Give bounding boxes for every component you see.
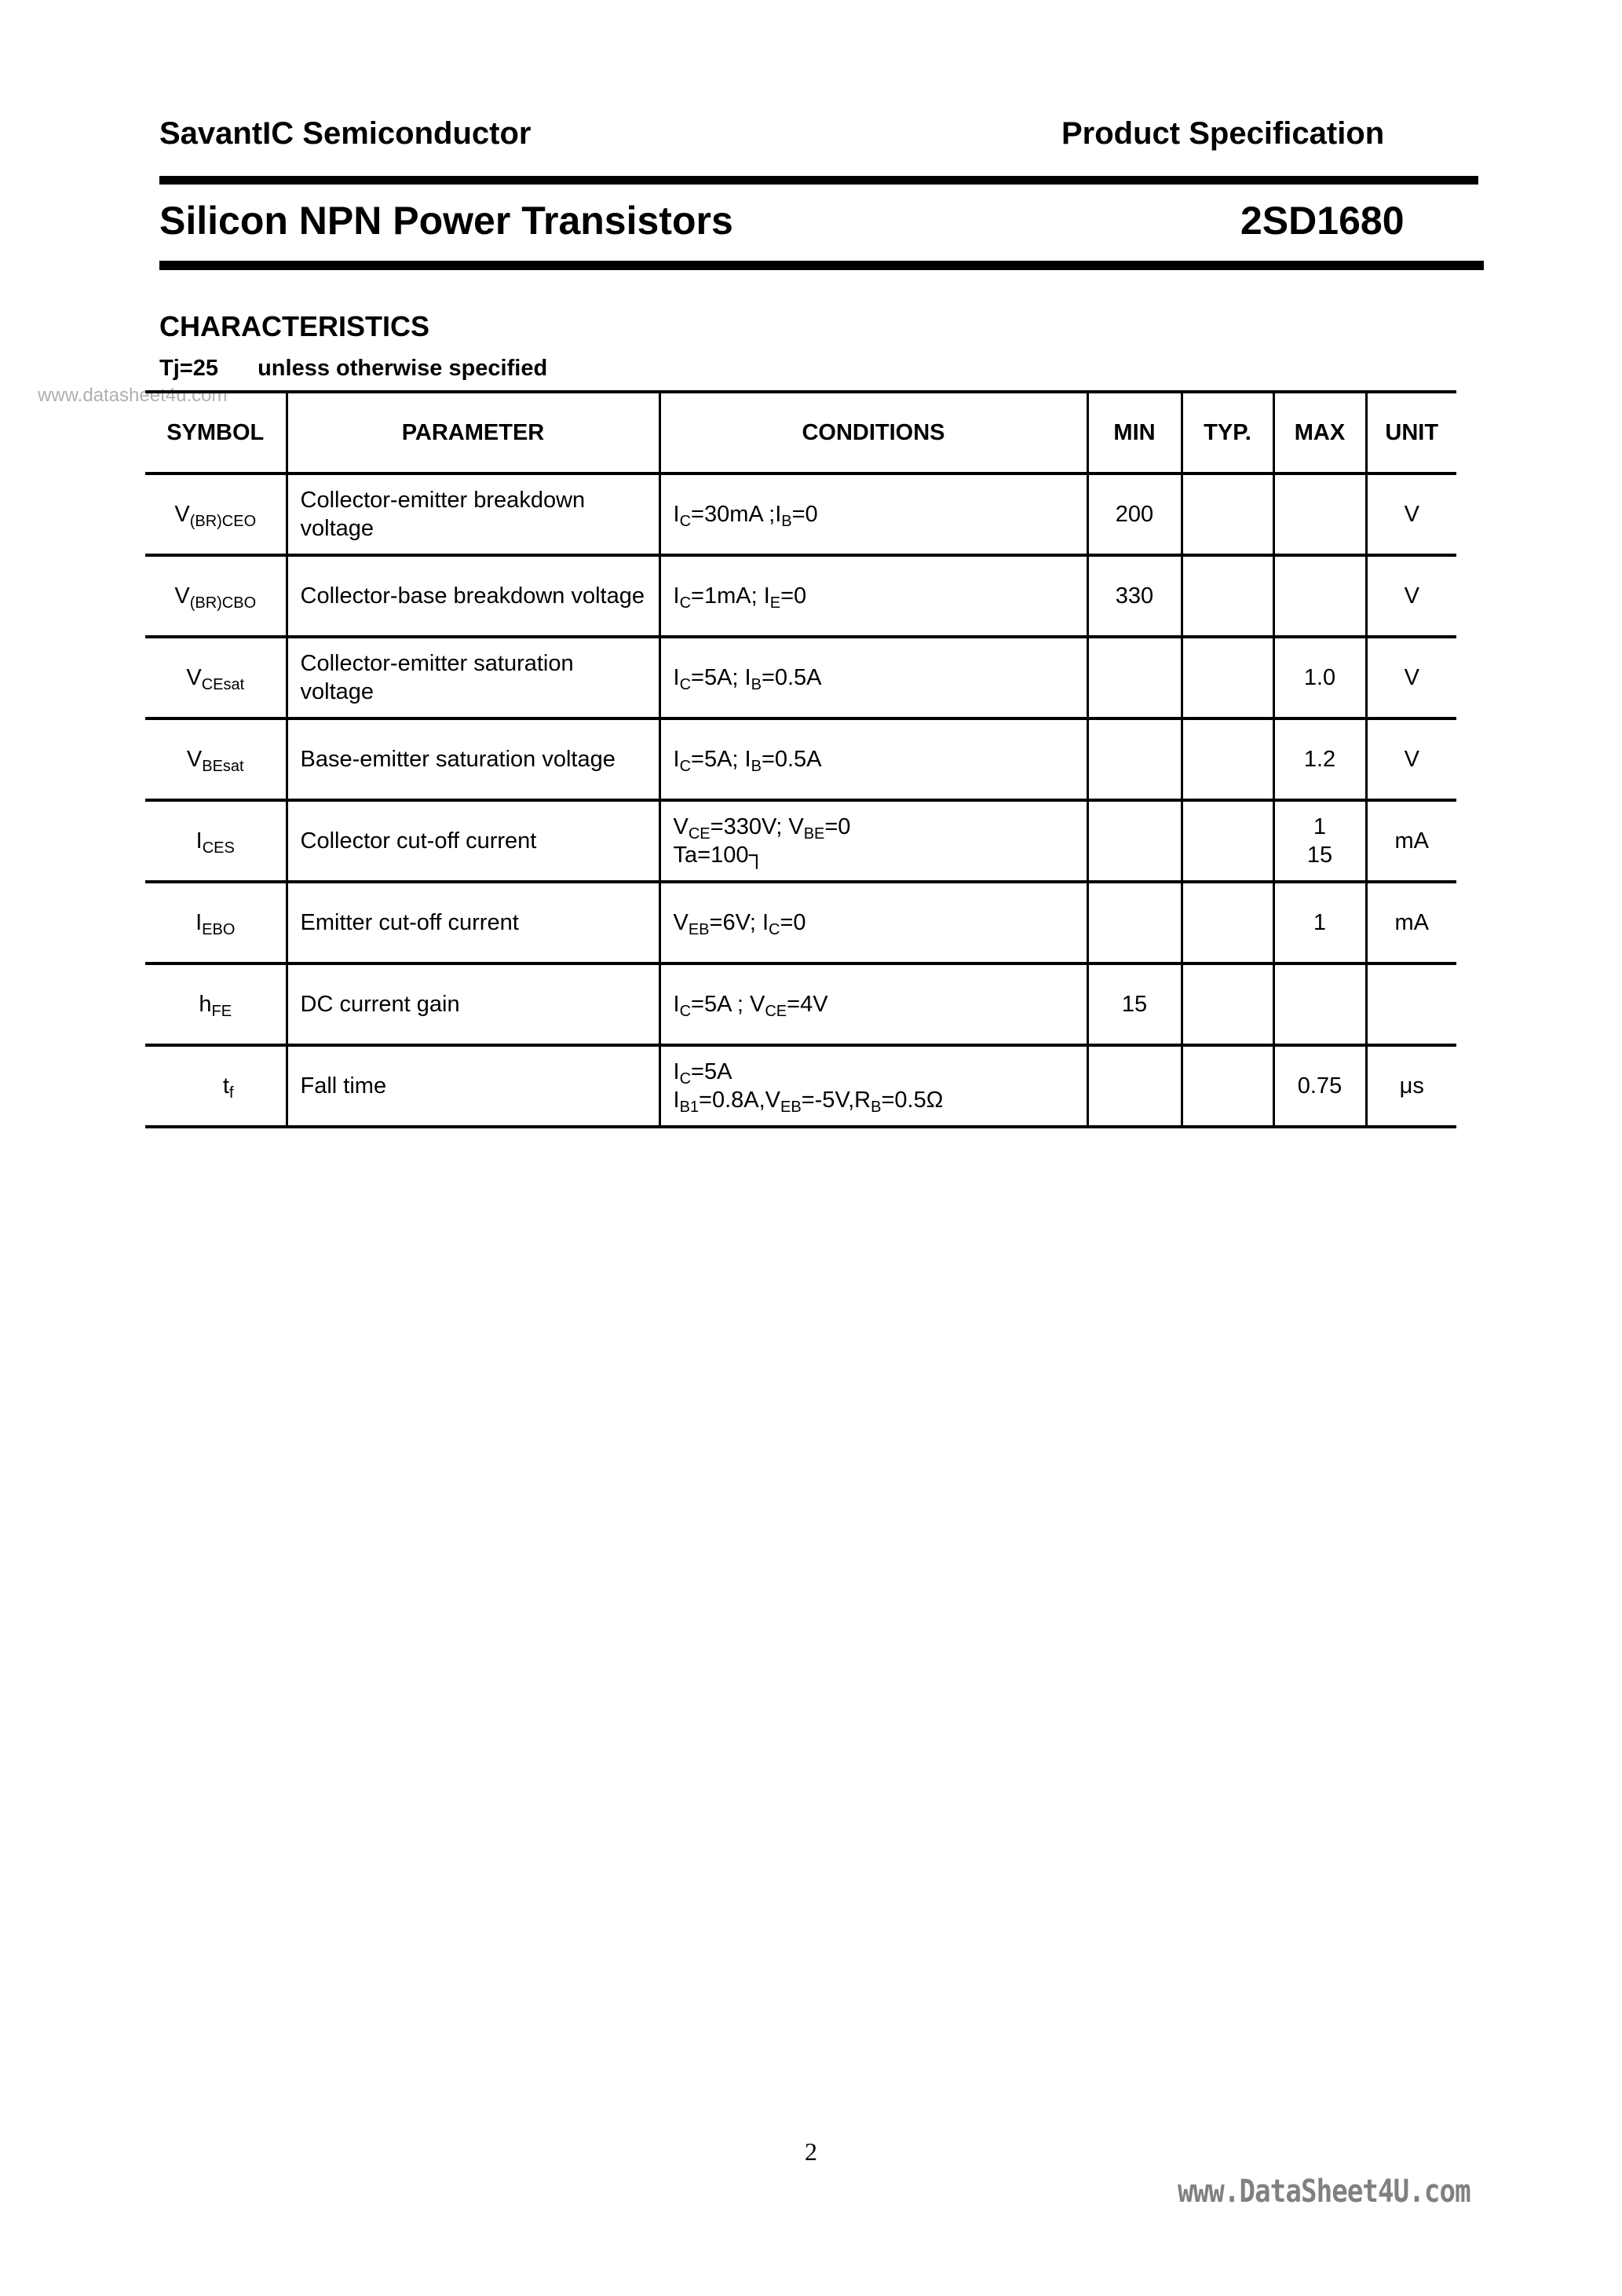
cell-parameter: Base-emitter saturation voltage xyxy=(287,718,659,800)
text-run: =0 xyxy=(792,502,818,527)
part-number: 2SD1680 xyxy=(1240,198,1405,243)
subscript: C xyxy=(680,676,691,693)
characteristics-table: SYMBOLPARAMETERCONDITIONSMINTYP.MAXUNIT … xyxy=(145,390,1456,1128)
text-run: =0 xyxy=(780,910,806,935)
table-row: VCEsatCollector-emitter saturation volta… xyxy=(145,637,1456,718)
header-rule-bottom xyxy=(159,261,1484,270)
condition-line: VEB=6V; IC=0 xyxy=(674,909,1074,937)
cell-conditions: IC=30mA ;IB=0 xyxy=(659,473,1087,555)
cell-conditions: VEB=6V; IC=0 xyxy=(659,882,1087,963)
text-run: =6V; I xyxy=(710,910,769,935)
cell-symbol: tf xyxy=(145,1045,287,1127)
text-run: I xyxy=(674,992,680,1017)
watermark-bottom-right: www.DataSheet4U.com xyxy=(1178,2174,1470,2210)
symbol-base: I xyxy=(196,828,203,854)
cell-typ xyxy=(1182,555,1273,637)
symbol-base: h xyxy=(199,992,211,1017)
text-run: =1mA; I xyxy=(691,583,770,609)
text-run: =5A ; V xyxy=(691,992,765,1017)
max-value: 1 xyxy=(1288,813,1353,841)
text-run: =0.5Ω xyxy=(881,1088,943,1113)
cell-max: 115 xyxy=(1273,800,1366,882)
cell-parameter: Collector-emitter breakdown voltage xyxy=(287,473,659,555)
symbol-subscript: BEsat xyxy=(202,758,243,775)
symbol-subscript: EBO xyxy=(202,921,235,938)
subscript: B xyxy=(751,758,762,775)
text-run: =5A; I xyxy=(691,747,751,772)
subscript: CE xyxy=(765,1003,787,1020)
condition-line: IB1=0.8A,VEB=-5V,RB=0.5Ω xyxy=(674,1086,1074,1114)
subscript: EB xyxy=(689,921,710,938)
cell-min: 200 xyxy=(1087,473,1182,555)
symbol-base: V xyxy=(187,747,202,772)
cell-unit xyxy=(1366,963,1456,1045)
text-run: I xyxy=(674,502,680,527)
symbol-subscript: f xyxy=(229,1084,234,1102)
test-condition-note: Tj=25 unless otherwise specified xyxy=(159,356,547,382)
column-header-max: MAX xyxy=(1273,392,1366,473)
column-header-conditions: CONDITIONS xyxy=(659,392,1087,473)
condition-line: IC=30mA ;IB=0 xyxy=(674,500,1074,528)
text-run: =4V xyxy=(787,992,827,1017)
condition-line: IC=5A xyxy=(674,1058,1074,1086)
table-row: ICESCollector cut-off currentVCE=330V; V… xyxy=(145,800,1456,882)
symbol-base: t xyxy=(223,1073,229,1099)
column-header-parameter: PARAMETER xyxy=(287,392,659,473)
subscript: C xyxy=(680,594,691,612)
text-run: V xyxy=(674,814,689,839)
condition-line: IC=5A ; VCE=4V xyxy=(674,990,1074,1018)
max-value: 1.2 xyxy=(1288,745,1353,773)
cell-max: 1.0 xyxy=(1273,637,1366,718)
cell-max xyxy=(1273,473,1366,555)
table-row: tfFall timeIC=5AIB1=0.8A,VEB=-5V,RB=0.5Ω… xyxy=(145,1045,1456,1127)
cell-unit: V xyxy=(1366,637,1456,718)
cell-typ xyxy=(1182,473,1273,555)
max-value: 15 xyxy=(1288,841,1353,869)
subscript: B xyxy=(751,676,762,693)
subscript: E xyxy=(770,594,780,612)
cell-typ xyxy=(1182,882,1273,963)
table-row: IEBOEmitter cut-off currentVEB=6V; IC=01… xyxy=(145,882,1456,963)
cell-parameter: Collector-emitter saturation voltage xyxy=(287,637,659,718)
cell-max: 1.2 xyxy=(1273,718,1366,800)
cell-symbol: V(BR)CEO xyxy=(145,473,287,555)
subscript: B1 xyxy=(680,1099,699,1116)
subscript: C xyxy=(769,921,780,938)
cell-conditions: IC=5A; IB=0.5A xyxy=(659,637,1087,718)
cell-min: 330 xyxy=(1087,555,1182,637)
text-run: =0 xyxy=(780,583,806,609)
table-header-row: SYMBOLPARAMETERCONDITIONSMINTYP.MAXUNIT xyxy=(145,392,1456,473)
text-run: I xyxy=(674,583,680,609)
condition-line: Ta=100┐ xyxy=(674,841,1074,869)
condition-line: IC=5A; IB=0.5A xyxy=(674,664,1074,692)
subscript: C xyxy=(680,1003,691,1020)
condition-line: VCE=330V; VBE=0 xyxy=(674,813,1074,841)
cell-conditions: VCE=330V; VBE=0Ta=100┐ xyxy=(659,800,1087,882)
subscript: C xyxy=(680,758,691,775)
condition-text: unless otherwise specified xyxy=(258,356,547,381)
cell-typ xyxy=(1182,637,1273,718)
max-value: 0.75 xyxy=(1288,1072,1353,1100)
symbol-base: V xyxy=(186,665,201,690)
cell-parameter: Fall time xyxy=(287,1045,659,1127)
text-run: =330V; V xyxy=(711,814,804,839)
cell-symbol: VCEsat xyxy=(145,637,287,718)
cell-conditions: IC=1mA; IE=0 xyxy=(659,555,1087,637)
subscript: CE xyxy=(689,825,711,843)
symbol-base: V xyxy=(174,502,189,527)
condition-line: IC=1mA; IE=0 xyxy=(674,582,1074,610)
cell-parameter: Emitter cut-off current xyxy=(287,882,659,963)
table-row: V(BR)CBOCollector-base breakdown voltage… xyxy=(145,555,1456,637)
cell-max: 0.75 xyxy=(1273,1045,1366,1127)
symbol-base: V xyxy=(174,583,189,609)
column-header-typ: TYP. xyxy=(1182,392,1273,473)
cell-typ xyxy=(1182,963,1273,1045)
document-type: Product Specification xyxy=(1061,116,1384,152)
text-run: I xyxy=(674,747,680,772)
text-run: I xyxy=(674,665,680,690)
cell-symbol: V(BR)CBO xyxy=(145,555,287,637)
symbol-subscript: CES xyxy=(203,839,235,857)
subscript: B xyxy=(781,513,791,530)
max-value: 1.0 xyxy=(1288,664,1353,692)
cell-parameter: Collector cut-off current xyxy=(287,800,659,882)
symbol-subscript: FE xyxy=(212,1003,232,1020)
column-header-unit: UNIT xyxy=(1366,392,1456,473)
text-run: I xyxy=(674,1059,680,1084)
cell-min xyxy=(1087,1045,1182,1127)
cell-conditions: IC=5AIB1=0.8A,VEB=-5V,RB=0.5Ω xyxy=(659,1045,1087,1127)
cell-unit: mA xyxy=(1366,800,1456,882)
condition-line: IC=5A; IB=0.5A xyxy=(674,745,1074,773)
cell-typ xyxy=(1182,1045,1273,1127)
column-header-symbol: SYMBOL xyxy=(145,392,287,473)
text-run: =5A; I xyxy=(691,665,751,690)
section-title: CHARACTERISTICS xyxy=(159,310,429,343)
cell-max xyxy=(1273,555,1366,637)
cell-min xyxy=(1087,718,1182,800)
cell-min xyxy=(1087,800,1182,882)
cell-unit: mA xyxy=(1366,882,1456,963)
symbol-subscript: (BR)CEO xyxy=(190,513,256,530)
text-run: =0.5A xyxy=(762,747,822,772)
cell-parameter: DC current gain xyxy=(287,963,659,1045)
cell-max xyxy=(1273,963,1366,1045)
subscript: B xyxy=(871,1099,881,1116)
text-run: =-5V,R xyxy=(802,1088,871,1113)
cell-min xyxy=(1087,882,1182,963)
subscript: BE xyxy=(804,825,825,843)
page-number: 2 xyxy=(805,2137,817,2166)
symbol-base: I xyxy=(195,910,202,935)
symbol-subscript: CEsat xyxy=(202,676,244,693)
cell-typ xyxy=(1182,800,1273,882)
table-row: VBEsatBase-emitter saturation voltageIC=… xyxy=(145,718,1456,800)
column-header-min: MIN xyxy=(1087,392,1182,473)
symbol-subscript: (BR)CBO xyxy=(190,594,256,612)
text-run: V xyxy=(674,910,689,935)
cell-symbol: IEBO xyxy=(145,882,287,963)
text-run: =30mA ;I xyxy=(691,502,781,527)
company-name: SavantIC Semiconductor xyxy=(159,116,531,152)
text-run: =0.5A xyxy=(762,665,822,690)
cell-unit: μs xyxy=(1366,1045,1456,1127)
cell-conditions: IC=5A; IB=0.5A xyxy=(659,718,1087,800)
subscript: C xyxy=(680,513,691,530)
cell-min: 15 xyxy=(1087,963,1182,1045)
subscript: C xyxy=(680,1070,691,1088)
cell-symbol: hFE xyxy=(145,963,287,1045)
cell-min xyxy=(1087,637,1182,718)
header-rule-top xyxy=(159,176,1478,185)
subscript: EB xyxy=(780,1099,802,1116)
cell-conditions: IC=5A ; VCE=4V xyxy=(659,963,1087,1045)
cell-symbol: VBEsat xyxy=(145,718,287,800)
text-run: =5A xyxy=(691,1059,732,1084)
cell-typ xyxy=(1182,718,1273,800)
cell-unit: V xyxy=(1366,555,1456,637)
text-run: =0 xyxy=(824,814,850,839)
table-row: hFEDC current gainIC=5A ; VCE=4V15 xyxy=(145,963,1456,1045)
cell-unit: V xyxy=(1366,473,1456,555)
text-run: I xyxy=(674,1088,680,1113)
cell-unit: V xyxy=(1366,718,1456,800)
cell-parameter: Collector-base breakdown voltage xyxy=(287,555,659,637)
cell-symbol: ICES xyxy=(145,800,287,882)
text-run: Ta=100┐ xyxy=(674,843,765,868)
cell-max: 1 xyxy=(1273,882,1366,963)
text-run: =0.8A,V xyxy=(699,1088,780,1113)
table-row: V(BR)CEOCollector-emitter breakdown volt… xyxy=(145,473,1456,555)
product-line-title: Silicon NPN Power Transistors xyxy=(159,198,733,243)
junction-temp: Tj=25 xyxy=(159,356,218,381)
max-value: 1 xyxy=(1288,909,1353,937)
